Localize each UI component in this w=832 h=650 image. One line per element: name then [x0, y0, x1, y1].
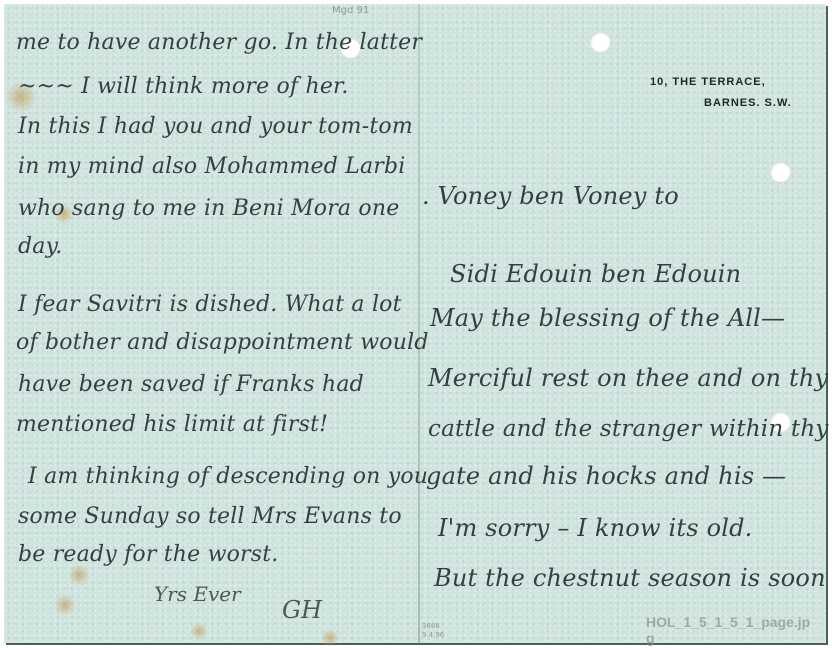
letter-line: cattle and the stranger within thy [428, 416, 829, 442]
letter-line: I fear Savitri is dished. What a lot [18, 292, 402, 317]
letter-line: ~~~ I will think more of her. [18, 74, 349, 99]
letter-line: Sidi Edouin ben Edouin [450, 260, 741, 288]
foxing-stain [68, 564, 90, 586]
archive-watermark: HOL_1_5_1_5_1_page.jp g [646, 614, 810, 646]
right-page: 10, THE TERRACE, BARNES. S.W. . Voney be… [420, 4, 826, 643]
letter-line: I'm sorry – I know its old. [438, 514, 753, 542]
letter-line: I am thinking of descending on you [28, 464, 428, 489]
foxing-stain [54, 594, 76, 616]
letter-line: in my mind also Mohammed Larbi [18, 154, 406, 179]
letter-line: of bother and disappointment would [16, 330, 429, 355]
pencil-note-top: Mgd 91 [332, 6, 369, 15]
letter-line: . Voney ben Voney to [422, 182, 679, 210]
letter-line: mentioned his limit at first! [16, 412, 328, 437]
punch-hole [590, 32, 610, 52]
letter-line: me to have another go. In the latter [16, 30, 422, 55]
punch-hole [770, 162, 790, 182]
pencil-accession: 3668 9.4.96 [422, 622, 444, 640]
signature: GH [282, 596, 322, 624]
watermark-line: HOL_1_5_1_5_1_page.jp [646, 614, 810, 630]
closing: Yrs Ever [154, 582, 241, 606]
letter-line: be ready for the worst. [18, 542, 279, 567]
left-page: Mgd 91 me to have another go. In the lat… [4, 4, 418, 643]
letter-line: gate and his hocks and his — [426, 462, 786, 490]
letter-line: some Sunday so tell Mrs Evans to [18, 504, 402, 529]
letter-line: have been saved if Franks had [18, 372, 364, 397]
accession-date: 9.4.96 [422, 631, 444, 640]
letterhead-town: BARNES. S.W. [704, 97, 792, 109]
letter-line: day. [18, 234, 63, 259]
foxing-stain [190, 622, 208, 640]
accession-number: 3668 [422, 622, 444, 631]
letterhead-street: 10, THE TERRACE, [650, 76, 766, 88]
letter-line: In this I had you and your tom-tom [18, 114, 413, 139]
letter-line: But the chestnut season is soon [434, 564, 826, 592]
watermark-line: g [646, 630, 810, 646]
letter-line: May the blessing of the All— [430, 304, 785, 332]
foxing-stain [320, 630, 340, 646]
letter-line: who sang to me in Beni Mora one [18, 196, 399, 221]
letter-line: Merciful rest on thee and on thy [428, 364, 828, 392]
